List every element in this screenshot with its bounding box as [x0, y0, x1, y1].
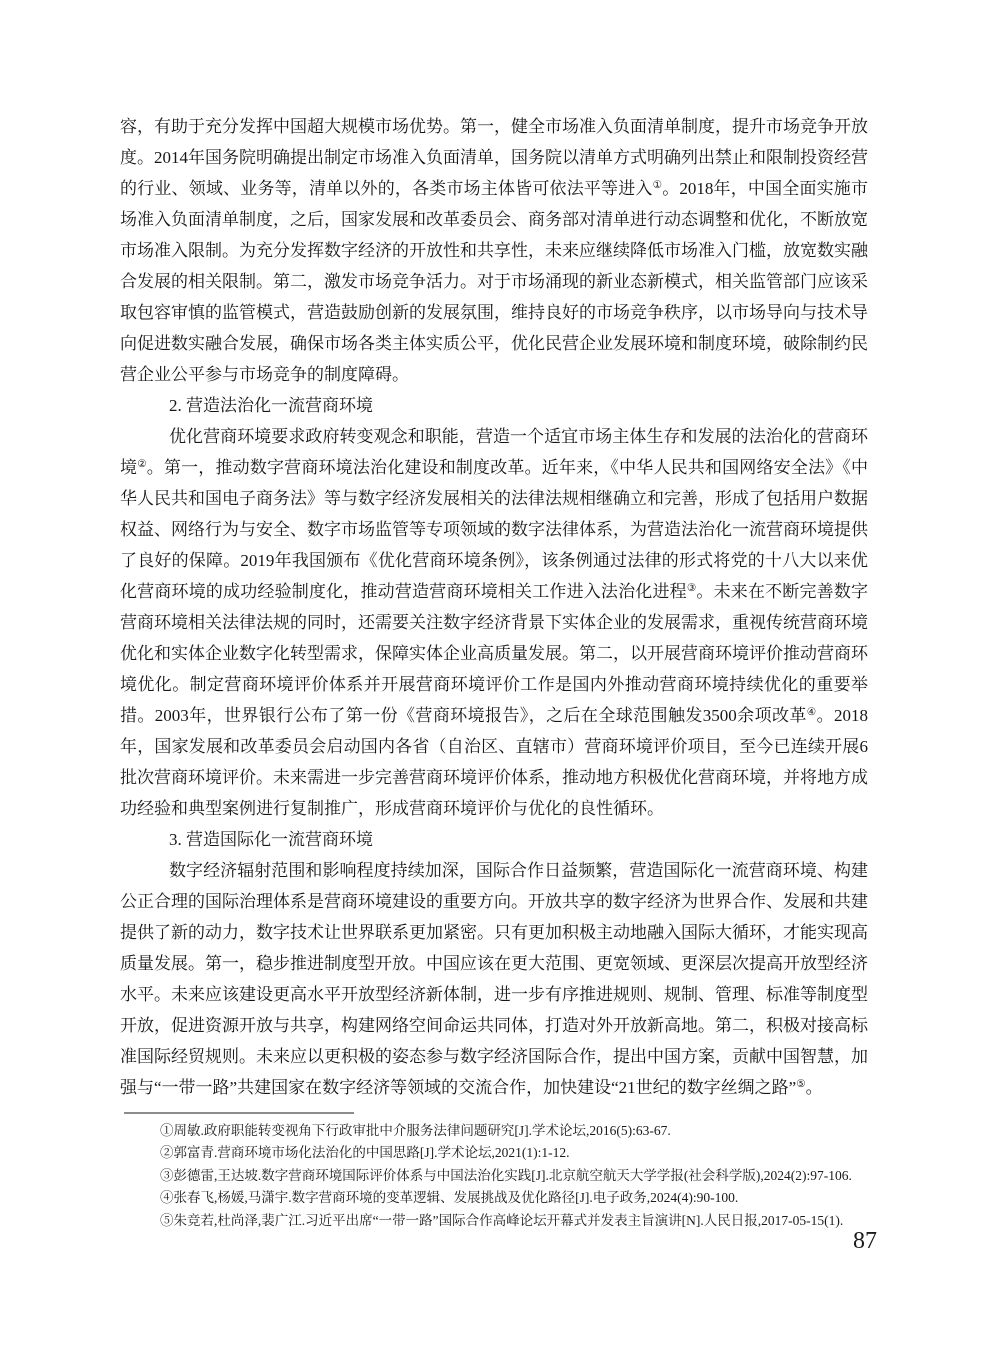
section-heading: 2. 营造法治化一流营商环境: [120, 390, 868, 421]
scanned-paper-page: { "page": { "number": "87" }, "content":…: [0, 0, 1000, 1347]
footnote-item: ④张春飞,杨媛,马潇宇.数字营商环境的变革逻辑、发展挑战及优化路径[J].电子政…: [120, 1187, 880, 1209]
footnotes-list: ①周敏.政府职能转变视角下行政审批中介服务法律问题研究[J].学术论坛,2016…: [120, 1120, 880, 1232]
body-text: 容，有助于充分发挥中国超大规模市场优势。第一，健全市场准入负面清单制度，提升市场…: [120, 111, 868, 1103]
footnote-item: ①周敏.政府职能转变视角下行政审批中介服务法律问题研究[J].学术论坛,2016…: [120, 1120, 880, 1142]
footnote-item: ②郭富青.营商环境市场化法治化的中国思路[J].学术论坛,2021(1):1-1…: [120, 1142, 880, 1164]
body-paragraph: 优化营商环境要求政府转变观念和职能，营造一个适宜市场主体生存和发展的法治化的营商…: [120, 421, 868, 824]
footnote-ref-mark: ⑤: [796, 1079, 805, 1090]
footnote-item: ③彭德雷,王达坡.数字营商环境国际评价体系与中国法治化实践[J].北京航空航天大…: [120, 1165, 880, 1187]
footnote-ref-mark: ③: [687, 583, 697, 594]
page: 容，有助于充分发挥中国超大规模市场优势。第一，健全市场准入负面清单制度，提升市场…: [0, 0, 1000, 1347]
page-number: 87: [120, 1228, 877, 1255]
footnote-ref-mark: ②: [137, 459, 147, 470]
body-paragraph: 容，有助于充分发挥中国超大规模市场优势。第一，健全市场准入负面清单制度，提升市场…: [120, 111, 868, 390]
body-paragraph: 数字经济辐射范围和影响程度持续加深，国际合作日益频繁，营造国际化一流营商环境、构…: [120, 855, 868, 1103]
footnote-ref-mark: ①: [653, 180, 663, 191]
section-heading: 3. 营造国际化一流营商环境: [120, 824, 868, 855]
footnote-separator: [124, 1112, 354, 1114]
footnote-ref-mark: ④: [807, 707, 817, 718]
